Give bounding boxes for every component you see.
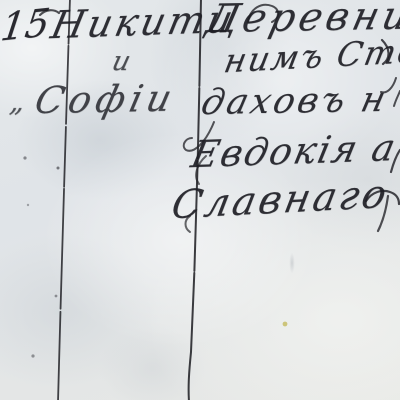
handwriting-line3-text: даховъ н xyxy=(198,83,392,121)
entry-number: 15 xyxy=(0,3,52,47)
ink-speck xyxy=(23,156,26,159)
manuscript-scan: 15 Никити Деревни, и нимъ Стед „ Софіи д… xyxy=(0,0,400,400)
handwriting-line3-name: Софіи xyxy=(31,80,180,120)
ruled-line-vertical-1 xyxy=(58,0,70,400)
cutoff-stroke-line3 xyxy=(394,91,400,106)
ink-speck xyxy=(31,354,34,357)
paper-speck-yellow xyxy=(283,322,288,327)
ink-speck xyxy=(27,204,29,206)
handwriting-line4-text: Евдокія а xyxy=(188,129,400,173)
ink-speck xyxy=(57,167,60,170)
faint-smudge xyxy=(288,248,296,278)
handwriting-line2-text: нимъ Стед xyxy=(222,33,400,78)
ink-speck xyxy=(55,295,58,298)
handwriting-line5-text: Славнаго xyxy=(168,175,392,226)
